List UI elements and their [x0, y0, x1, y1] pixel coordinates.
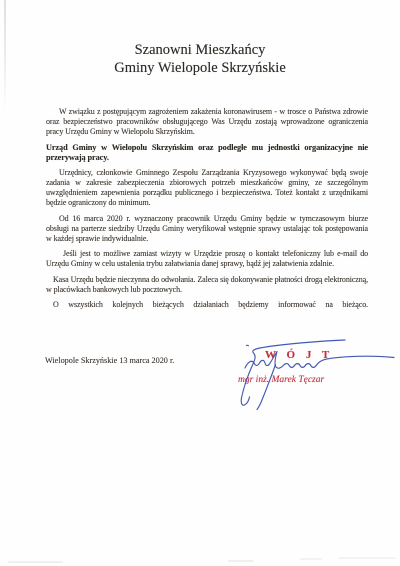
paragraph-officials-duties: Urzędnicy, członkowie Gminnego Zespołu Z… — [46, 168, 368, 208]
scan-artifact-smudge — [8, 561, 63, 563]
letter-body: W związku z postępującym zagrożeniem zak… — [46, 107, 368, 316]
paragraph-bold-notice: Urząd Gminy w Wielopolu Skrzyńskim oraz … — [46, 143, 368, 163]
title-line-1: Szanowni Mieszkańcy — [0, 42, 400, 60]
handwritten-signature-ink — [225, 328, 397, 424]
title-line-2: Gminy Wielopole Skrzyńskie — [0, 60, 400, 78]
paragraph-remote-contact: Jeśli jest to możliwe zamiast wizyty w U… — [46, 249, 368, 269]
scan-artifact-smudge — [338, 557, 396, 559]
scan-artifact-smudge — [228, 560, 254, 562]
letter-title: Szanowni Mieszkańcy Gminy Wielopole Skrz… — [0, 42, 400, 77]
paragraph-further-updates: O wszystkich kolejnych bieżących działan… — [46, 300, 368, 310]
paragraph-temporary-desk: Od 16 marca 2020 r. wyznaczony pracownik… — [46, 214, 368, 244]
signature-block: W Ó J T mgr inż. Marek Tęczar — [225, 328, 397, 424]
date-place-line: Wielopole Skrzyńskie 13 marca 2020 r. — [45, 356, 174, 365]
scan-artifact-smudge — [300, 558, 322, 560]
scanned-letter-page: Szanowni Mieszkańcy Gminy Wielopole Skrz… — [0, 0, 400, 566]
paragraph-cash-desk-closed: Kasa Urzędu będzie nieczynna do odwołani… — [46, 275, 368, 295]
paragraph-intro: W związku z postępującym zagrożeniem zak… — [46, 107, 368, 137]
